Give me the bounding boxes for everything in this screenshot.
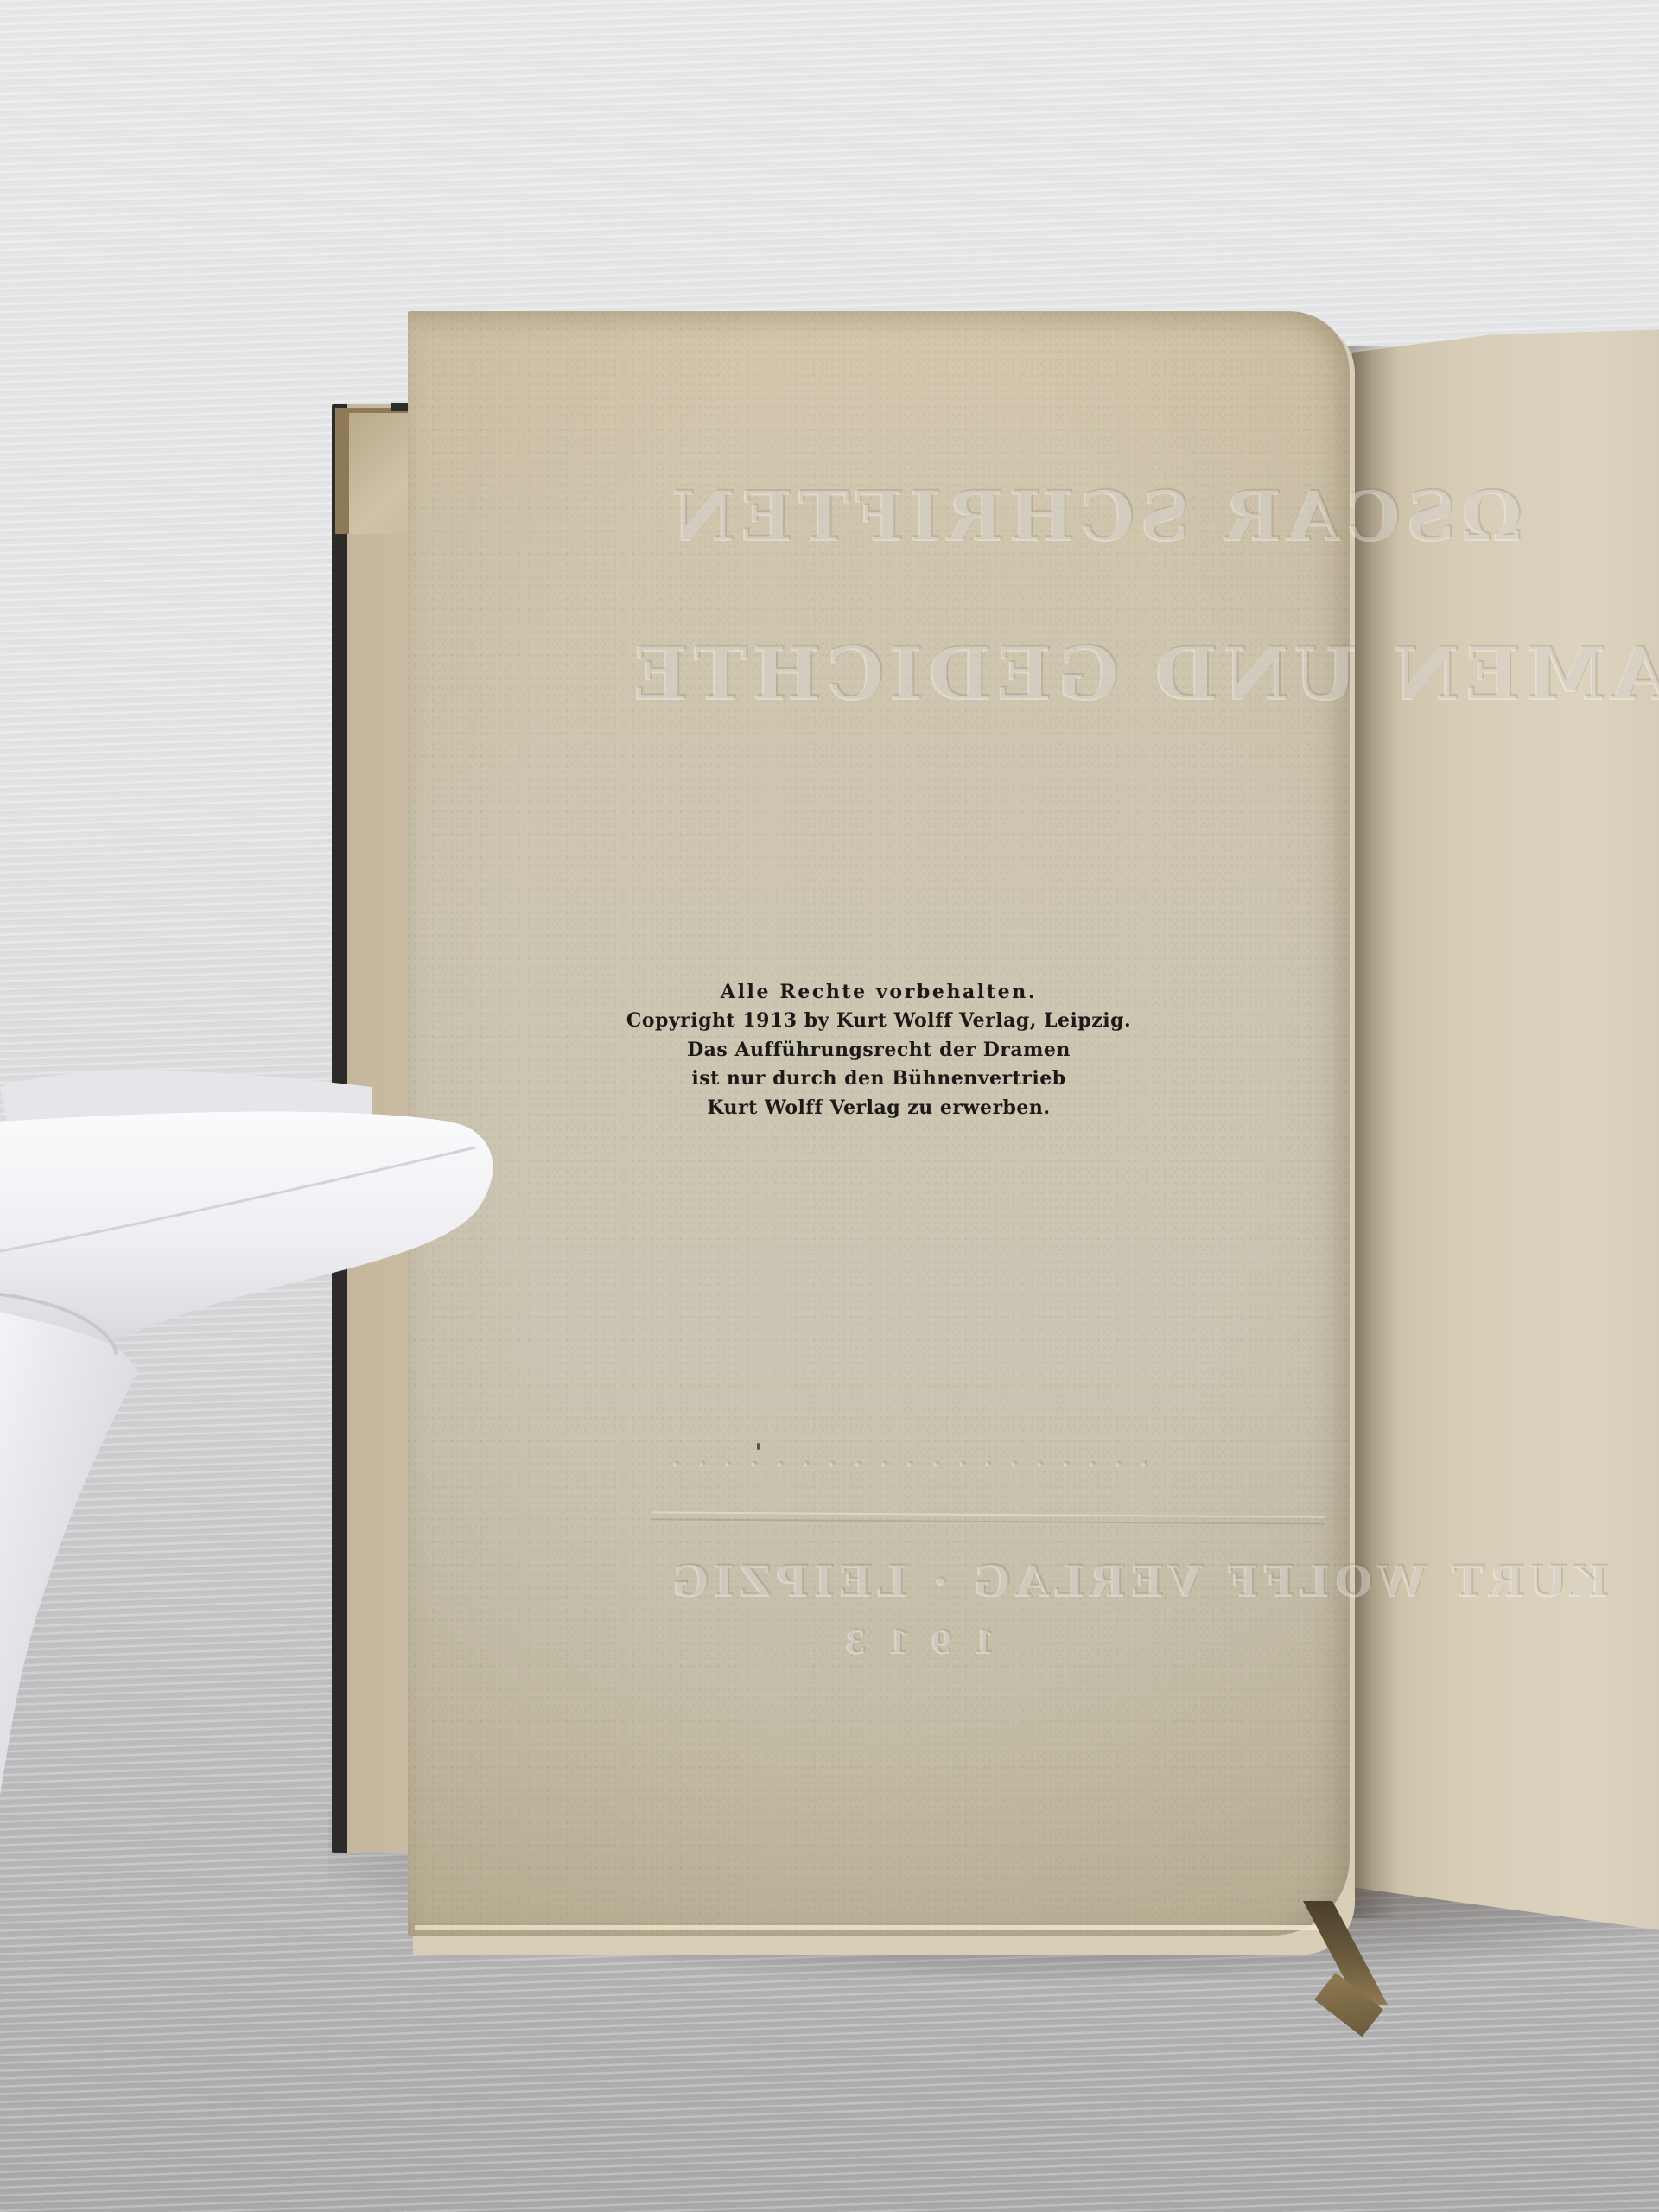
show-through-title-line-1: ΩSCAR SCHRIFTEN — [667, 475, 1522, 556]
imprint-line-rights: Alle Rechte vorbehalten. — [408, 978, 1350, 1007]
show-through-rule — [652, 1511, 1325, 1524]
show-through-title-line-2: DRAMEN UND GEDICHTE — [628, 631, 1659, 716]
imprint-line-publisher: Kurt Wolff Verlag zu erwerben. — [408, 1094, 1350, 1122]
imprint-line-distribution: ist nur durch den Bühnenvertrieb — [408, 1065, 1350, 1093]
show-through-small-line: · · · · · · · · · · · · · · · · · · · — [667, 1452, 1148, 1478]
show-through-publisher-line: KURT WOLFF VERLAG · LEIPZIG — [667, 1555, 1609, 1606]
gutter-shadow — [1348, 346, 1400, 1918]
page-bottom-edge — [415, 1925, 1331, 1930]
imprint-line-performance-rights: Das Aufführungsrecht der Dramen — [408, 1036, 1350, 1065]
copyright-imprint: Alle Rechte vorbehalten. Copyright 1913 … — [408, 978, 1350, 1122]
imprint-line-copyright: Copyright 1913 by Kurt Wolff Verlag, Lei… — [408, 1007, 1350, 1035]
paper-speck — [757, 1443, 760, 1450]
show-through-year: 1 9 1 3 — [840, 1624, 995, 1661]
book-page[interactable]: ΩSCAR SCHRIFTEN DRAMEN UND GEDICHTE · · … — [408, 311, 1350, 1935]
